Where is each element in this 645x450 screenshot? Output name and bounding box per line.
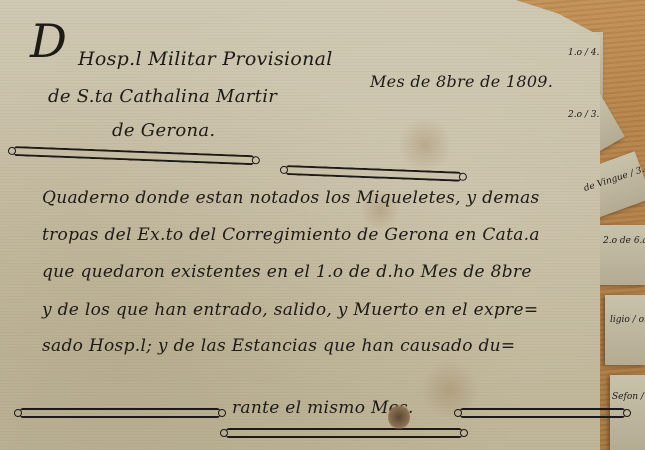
closing-rule-underline <box>226 428 462 438</box>
body-line-5: sado Hosp.l; y de las Estancias que han … <box>42 336 515 356</box>
body-line-2: tropas del Ex.to del Corregimiento de Ge… <box>42 225 540 245</box>
side-tab-text: 1.o / 4. <box>568 48 599 58</box>
header-title-line-3: de Gerona. <box>112 120 215 141</box>
body-line-3: que quedaron existentes en el 1.o de d.h… <box>42 262 532 282</box>
header-title-line-2: de S.ta Cathalina Martir <box>48 86 277 107</box>
body-line-4: y de los que han entrado, salido, y Muer… <box>42 300 538 320</box>
body-line-1: Quaderno donde estan notados los Miquele… <box>42 188 540 208</box>
side-tab-text: Sefon / VI. <box>612 392 645 402</box>
side-tab-text: ligio / on. <box>610 315 645 325</box>
header-title-line-1: Hosp.l Militar Provisional <box>78 48 333 70</box>
decorative-initial: D <box>30 14 67 68</box>
water-stain <box>400 115 450 175</box>
body-line-6: rante el mismo Mes. <box>232 398 414 418</box>
wax-stain <box>388 404 410 430</box>
closing-rule-right <box>460 408 625 418</box>
side-tab-4 <box>600 225 645 285</box>
side-tab-5 <box>605 295 645 365</box>
closing-rule-left <box>20 408 220 418</box>
side-tab-text: 2.o / 3. <box>568 110 599 120</box>
side-tab-text: 2.o de 6.a / clona. <box>603 236 645 246</box>
header-date: Mes de 8bre de 1809. <box>370 72 553 91</box>
